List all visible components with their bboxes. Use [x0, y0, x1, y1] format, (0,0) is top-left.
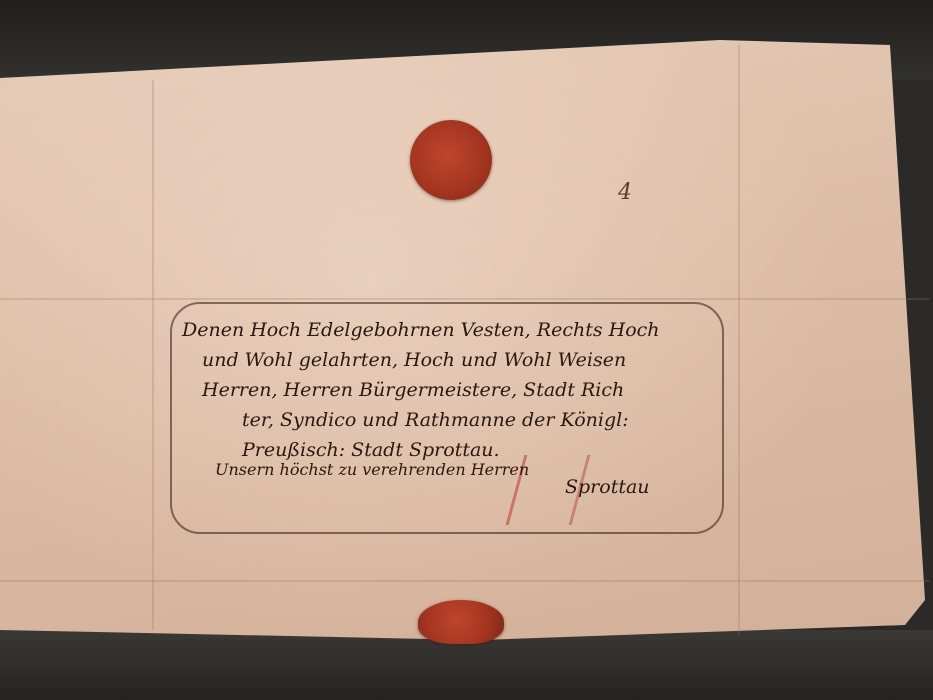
- address-line: und Wohl gelahrten, Hoch und Wohl Weisen: [182, 345, 712, 375]
- address-line: Denen Hoch Edelgebohrnen Vesten, Rechts …: [182, 315, 712, 345]
- closing-city: Sprottau: [565, 476, 650, 498]
- address-line: ter, Syndico und Rathmanne der Königl:: [182, 405, 712, 435]
- fold-line: [0, 580, 930, 582]
- wax-seal-bottom: [418, 600, 504, 644]
- address-line: Herren, Herren Bürgermeistere, Stadt Ric…: [182, 375, 712, 405]
- address-block: Denen Hoch Edelgebohrnen Vesten, Rechts …: [182, 315, 712, 465]
- wax-seal-top: [410, 120, 492, 200]
- fold-line: [738, 45, 740, 635]
- fold-line: [152, 80, 154, 630]
- fold-line: [0, 298, 930, 300]
- page-number: 4: [618, 180, 632, 205]
